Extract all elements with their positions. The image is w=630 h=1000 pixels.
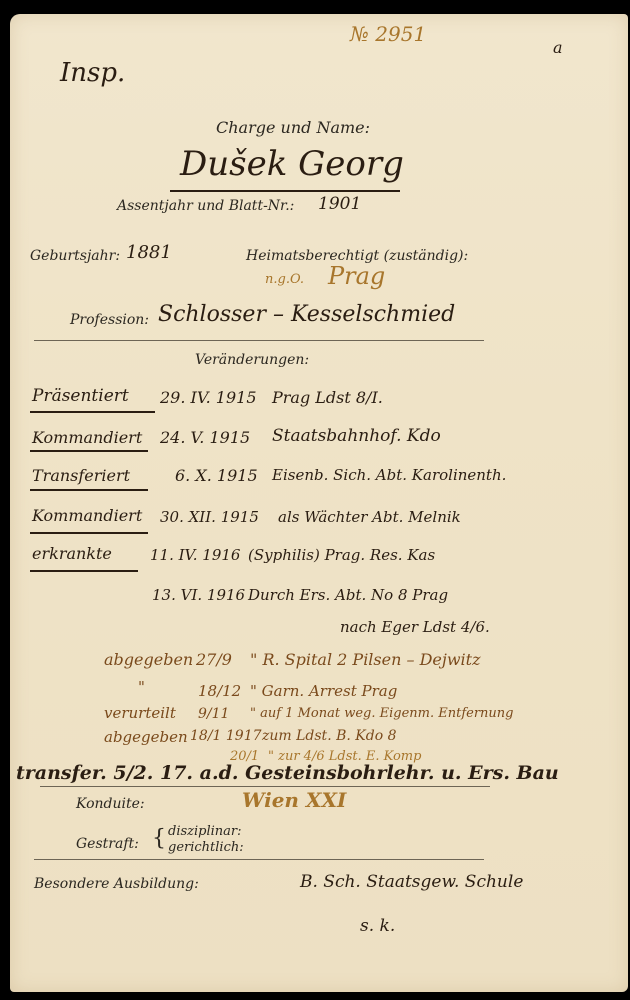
- entry-action: Präsentiert: [32, 386, 129, 406]
- heimat-prefix: n.g.O.: [265, 272, 304, 287]
- entry-action: erkrankte: [32, 544, 112, 563]
- entry-date: 29. IV. 1915: [160, 388, 257, 407]
- entry-date: 18/12: [198, 682, 241, 700]
- entry-date: 27/9: [196, 650, 232, 669]
- entry-detail: " Garn. Arrest Prag: [250, 682, 397, 700]
- divider: [40, 786, 490, 787]
- entry-action: Kommandiert: [32, 428, 142, 447]
- name-underline: [170, 190, 400, 192]
- entry-date: 6. X. 1915: [175, 466, 258, 485]
- ausbildung-value-2: s. k.: [360, 916, 395, 936]
- geburtsjahr-label: Geburtsjahr:: [30, 248, 120, 264]
- entry-underline: [30, 532, 148, 534]
- entry-detail: " auf 1 Monat weg. Eigenm. Entfernung: [250, 706, 513, 721]
- entry-detail: Staatsbahnhof. Kdo: [272, 426, 441, 446]
- entry-action: Kommandiert: [32, 506, 142, 525]
- entry-detail: " R. Spital 2 Pilsen – Dejwitz: [250, 650, 481, 669]
- entry-date: 11. IV. 1916: [150, 546, 240, 564]
- assentjahr-label: Assentjahr und Blatt-Nr.:: [117, 198, 294, 214]
- entry-detail: zum Ldst. B. Kdo 8: [262, 728, 396, 744]
- corner-mark: a: [553, 38, 563, 57]
- entry-date: 30. XII. 1915: [160, 508, 259, 526]
- ausbildung-value: B. Sch. Staatsgew. Schule: [300, 872, 523, 892]
- veraenderungen-label: Veränderungen:: [195, 352, 309, 368]
- entry-detail: nach Eger Ldst 4/6.: [340, 618, 490, 636]
- heimat-value: Prag: [328, 262, 385, 290]
- divider: [34, 859, 484, 860]
- transfer-note: transfer. 5/2. 17. a.d. Gesteinsbohrlehr…: [16, 762, 559, 784]
- entry-action: verurteilt: [104, 704, 176, 722]
- entry-date: 24. V. 1915: [160, 428, 250, 447]
- entry-date: 9/11: [198, 706, 229, 722]
- assentjahr-value: 1901: [318, 194, 361, 214]
- entry-underline: [30, 450, 148, 452]
- record-number: № 2951: [350, 22, 426, 46]
- entry-action: Transferiert: [32, 466, 130, 485]
- profession-value: Schlosser – Kesselschmied: [158, 302, 455, 327]
- entry-detail: Durch Ers. Abt. No 8 Prag: [248, 586, 448, 604]
- gerichtlich-label: gerichtlich:: [168, 840, 244, 855]
- geburtsjahr-value: 1881: [126, 242, 172, 263]
- entry-detail: Eisenb. Sich. Abt. Karolinenth.: [272, 466, 506, 484]
- entry-detail: als Wächter Abt. Melnik: [278, 508, 461, 526]
- profession-label: Profession:: [70, 312, 149, 328]
- gestraft-label: Gestraft:: [76, 836, 139, 852]
- top-left-note: Insp.: [60, 58, 125, 88]
- entry-action: abgegeben: [104, 650, 193, 669]
- ausbildung-label: Besondere Ausbildung:: [34, 876, 199, 892]
- entry-date: 13. VI. 1916: [152, 586, 245, 604]
- transfer-note-location: Wien XXI: [242, 788, 346, 812]
- personnel-record-card: № 2951 a Insp. Charge und Name: Dušek Ge…: [10, 14, 628, 992]
- entry-action: abgegeben: [104, 728, 188, 746]
- entry-date: 18/1 1917: [190, 728, 262, 744]
- soldier-name: Dušek Georg: [180, 144, 404, 184]
- brace: {: [152, 826, 166, 851]
- entry-detail: Prag Ldst 8/I.: [272, 388, 383, 407]
- entry-detail: (Syphilis) Prag. Res. Kas: [248, 546, 435, 564]
- entry-action: ": [138, 678, 145, 696]
- charge-name-label: Charge und Name:: [216, 118, 370, 137]
- divider: [34, 340, 484, 341]
- konduite-label: Konduite:: [76, 796, 145, 812]
- entry-underline: [30, 489, 148, 491]
- entry-underline: [30, 570, 138, 572]
- disziplinar-label: disziplinar:: [168, 824, 242, 839]
- entry-underline: [30, 411, 155, 413]
